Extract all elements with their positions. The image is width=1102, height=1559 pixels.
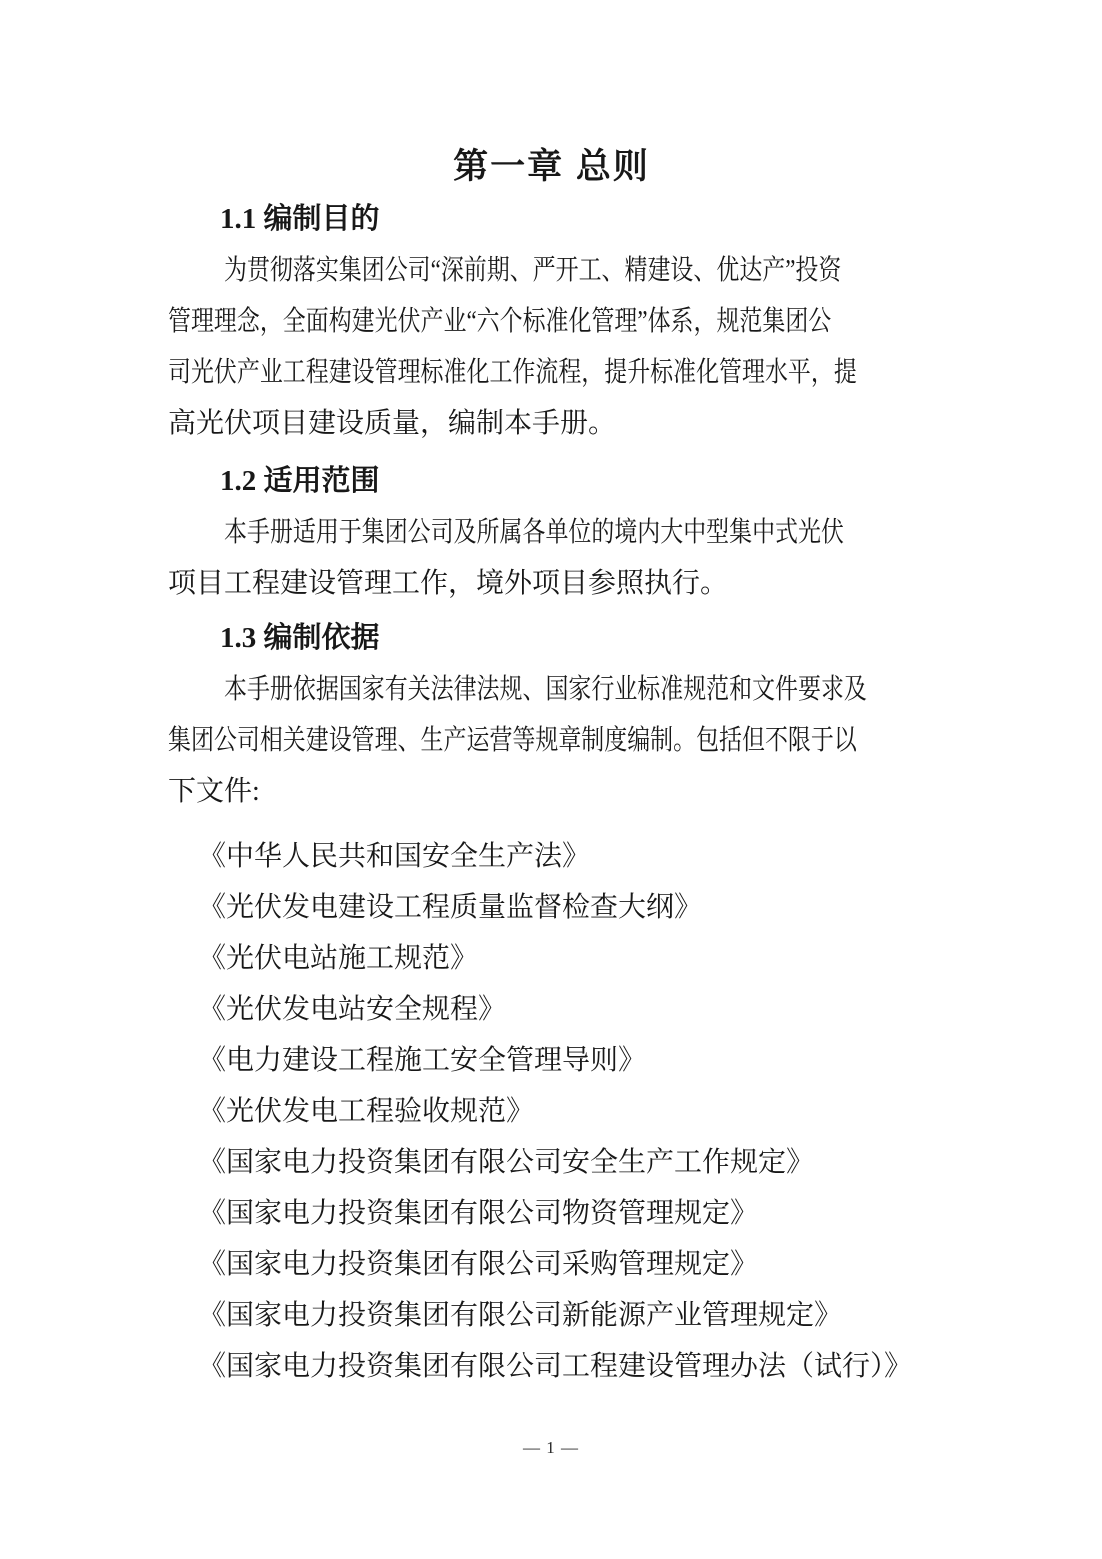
- paragraph-line: 本手册依据国家有关法律法规、国家行业标准规范和文件要求及: [168, 664, 935, 715]
- paragraph-line: 为贯彻落实集团公司“深前期、严开工、精建设、优达产”投资: [168, 245, 935, 296]
- document-page: 第一章 总则 1.1 编制目的 为贯彻落实集团公司“深前期、严开工、精建设、优达…: [0, 0, 1102, 1559]
- page-number: — 1 —: [0, 1438, 1102, 1458]
- reference-item: 《国家电力投资集团有限公司新能源产业管理规定》: [168, 1290, 935, 1341]
- reference-item: 《国家电力投资集团有限公司安全生产工作规定》: [168, 1137, 935, 1188]
- paragraph-line: 下文件:: [168, 766, 935, 817]
- reference-item: 《光伏发电站安全规程》: [168, 984, 935, 1035]
- reference-item: 《电力建设工程施工安全管理导则》: [168, 1035, 935, 1086]
- paragraph-line: 高光伏项目建设质量，编制本手册。: [168, 398, 935, 449]
- chapter-title: 第一章 总则: [168, 145, 935, 189]
- section-heading-1-3: 1.3 编制依据: [168, 613, 935, 664]
- paragraph-line: 司光伏产业工程建设管理标准化工作流程，提升标准化管理水平，提: [168, 347, 935, 398]
- paragraph-line: 管理理念，全面构建光伏产业“六个标准化管理”体系，规范集团公: [168, 296, 935, 347]
- reference-item: 《光伏发电建设工程质量监督检查大纲》: [168, 882, 935, 933]
- paragraph-line: 集团公司相关建设管理、生产运营等规章制度编制。包括但不限于以: [168, 715, 935, 766]
- paragraph-line: 本手册适用于集团公司及所属各单位的境内大中型集中式光伏: [168, 507, 935, 558]
- reference-item: 《中华人民共和国安全生产法》: [168, 831, 935, 882]
- reference-item: 《国家电力投资集团有限公司工程建设管理办法（试行）》: [168, 1341, 935, 1392]
- reference-item: 《光伏电站施工规范》: [168, 933, 935, 984]
- reference-item: 《光伏发电工程验收规范》: [168, 1086, 935, 1137]
- reference-list: 《中华人民共和国安全生产法》 《光伏发电建设工程质量监督检查大纲》 《光伏电站施…: [168, 831, 935, 1392]
- reference-item: 《国家电力投资集团有限公司采购管理规定》: [168, 1239, 935, 1290]
- paragraph-line: 项目工程建设管理工作，境外项目参照执行。: [168, 558, 935, 609]
- reference-item: 《国家电力投资集团有限公司物资管理规定》: [168, 1188, 935, 1239]
- section-heading-1-1: 1.1 编制目的: [168, 194, 935, 245]
- section-heading-1-2: 1.2 适用范围: [168, 456, 935, 507]
